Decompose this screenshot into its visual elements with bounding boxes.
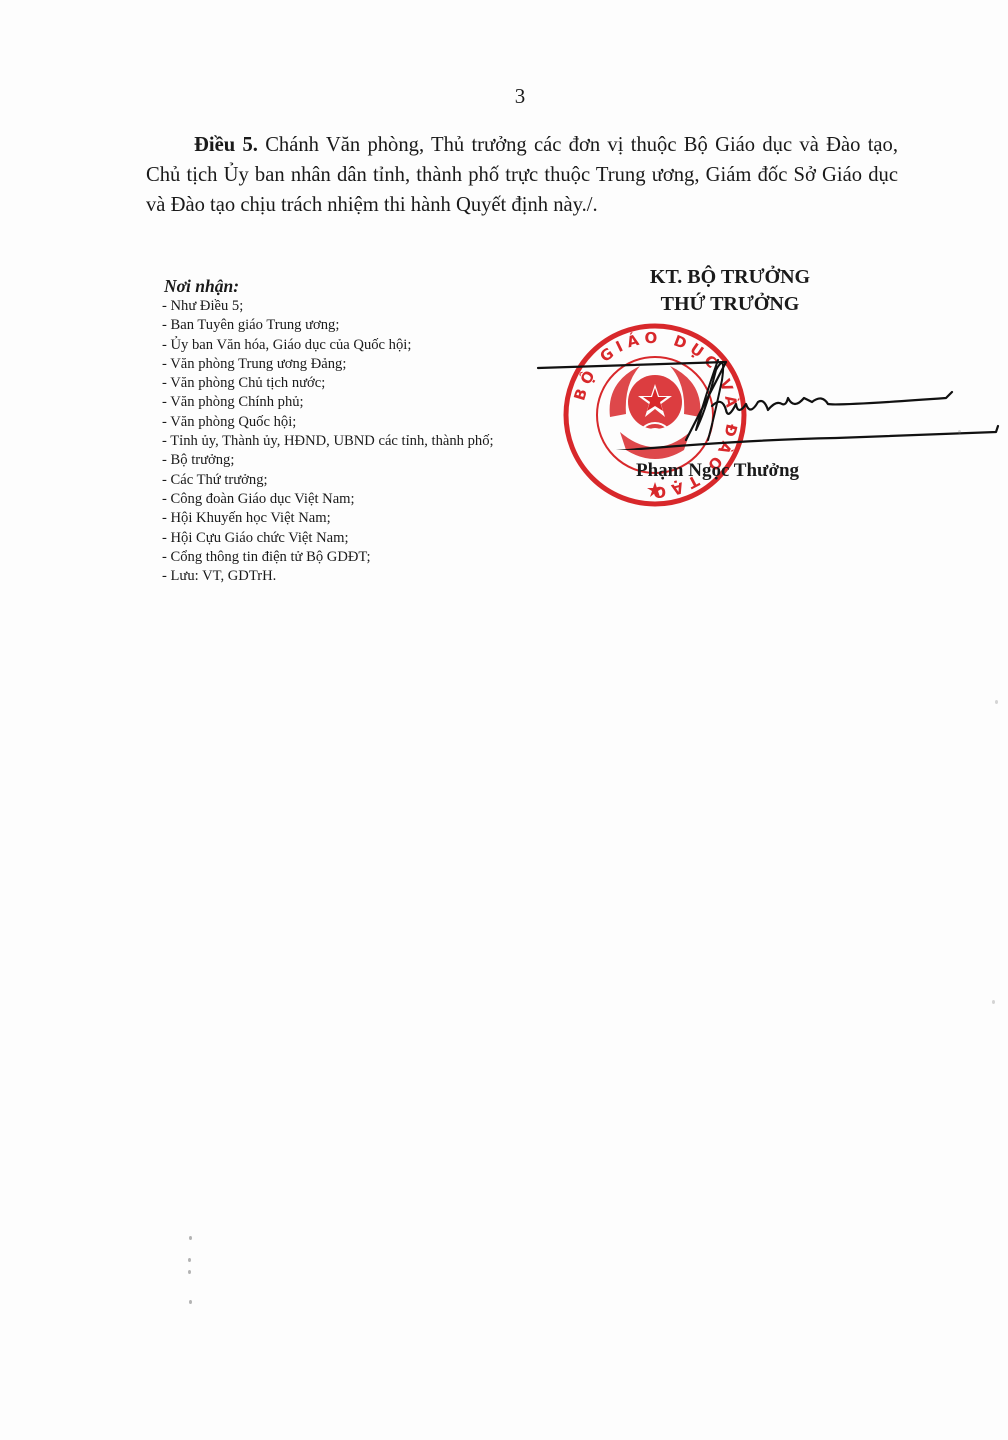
article-label: Điều 5.	[194, 134, 258, 156]
recipient-item: - Bộ trưởng;	[162, 451, 562, 470]
recipient-item: - Văn phòng Chủ tịch nước;	[162, 374, 562, 393]
recipient-item: - Hội Khuyến học Việt Nam;	[162, 509, 562, 528]
recipient-item: - Ủy ban Văn hóa, Giáo dục của Quốc hội;	[162, 336, 562, 355]
signature-block: KT. BỘ TRƯỞNG THỨ TRƯỞNG	[600, 264, 860, 318]
article-5-paragraph: Điều 5. Chánh Văn phòng, Thủ trưởng các …	[146, 130, 898, 220]
recipients-list: Nơi nhận: - Như Điều 5; - Ban Tuyên giáo…	[162, 276, 562, 586]
signature-title-1: KT. BỘ TRƯỞNG	[600, 264, 860, 291]
recipient-item: - Ban Tuyên giáo Trung ương;	[162, 316, 562, 335]
recipients-heading: Nơi nhận:	[164, 276, 562, 296]
recipient-item: - Công đoàn Giáo dục Việt Nam;	[162, 490, 562, 509]
article-5: Điều 5. Chánh Văn phòng, Thủ trưởng các …	[146, 130, 898, 220]
recipient-item: - Văn phòng Quốc hội;	[162, 413, 562, 432]
recipient-item: - Tỉnh ủy, Thành ủy, HĐND, UBND các tỉnh…	[162, 432, 562, 451]
article-text: Chánh Văn phòng, Thủ trưởng các đơn vị t…	[146, 134, 898, 216]
recipient-item: - Các Thứ trưởng;	[162, 471, 562, 490]
signer-name: Phạm Ngọc Thưởng	[636, 460, 799, 482]
recipient-item: - Như Điều 5;	[162, 297, 562, 316]
recipient-item: - Hội Cựu Giáo chức Việt Nam;	[162, 529, 562, 548]
recipient-item: - Cổng thông tin điện tử Bộ GDĐT;	[162, 548, 562, 567]
recipient-item: - Văn phòng Chính phủ;	[162, 393, 562, 412]
recipient-item: - Văn phòng Trung ương Đảng;	[162, 355, 562, 374]
recipient-item: - Lưu: VT, GDTrH.	[162, 567, 562, 586]
handwritten-signature-icon	[536, 340, 1006, 450]
page-number: 3	[0, 84, 1008, 109]
signature-title-2: THỨ TRƯỞNG	[600, 291, 860, 318]
